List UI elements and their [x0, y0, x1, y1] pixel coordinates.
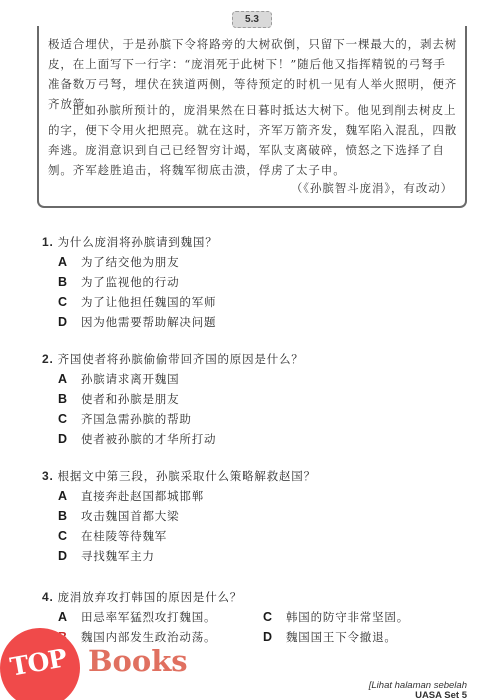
- option-letter: D: [58, 546, 81, 566]
- option-text: 韩国的防守非常坚固。: [286, 607, 409, 627]
- option-letter: A: [58, 486, 81, 506]
- option-letter: C: [58, 409, 81, 429]
- question-2: 2.齐国使者将孙膑偷偷带回齐国的原因是什么？ A孙膑请求离开魏国 B使者和孙膑是…: [42, 349, 482, 449]
- option-letter: D: [58, 429, 81, 449]
- options-grid: A田忌率军猛烈攻打魏国。 C韩国的防守非常坚固。 B魏国内部发生政治动荡。 D魏…: [42, 607, 482, 647]
- passage-paragraph-2: 正如孙膑所预计的，庞涓果然在日暮时抵达大树下。他见到削去树皮上的字，便下令用火把…: [48, 100, 458, 180]
- question-1: 1.为什么庞涓将孙膑请到魏国？ A为了结交他为朋友 B为了监视他的行动 C为了让…: [42, 232, 482, 332]
- option-text: 直接奔赴赵国都城邯郸: [81, 486, 204, 506]
- option-letter: B: [58, 272, 81, 292]
- option-letter: D: [263, 627, 286, 647]
- option-a[interactable]: A孙膑请求离开魏国: [58, 369, 482, 389]
- option-letter: A: [58, 369, 81, 389]
- question-4: 4.庞涓放弃攻打韩国的原因是什么？ A田忌率军猛烈攻打魏国。 C韩国的防守非常坚…: [42, 587, 482, 647]
- question-number: 4.: [42, 590, 54, 604]
- question-text: 为什么庞涓将孙膑请到魏国？: [58, 235, 218, 249]
- option-letter: A: [58, 607, 81, 627]
- option-a[interactable]: A为了结交他为朋友: [58, 252, 482, 272]
- option-text: 田忌率军猛烈攻打魏国。: [81, 607, 216, 627]
- option-a[interactable]: A田忌率军猛烈攻打魏国。: [58, 607, 247, 627]
- option-text: 在桂陵等待魏军: [81, 526, 167, 546]
- option-text: 使者和孙膑是朋友: [81, 389, 179, 409]
- option-c[interactable]: C韩国的防守非常坚固。: [263, 607, 452, 627]
- option-text: 寻找魏军主力: [81, 546, 155, 566]
- option-letter: C: [263, 607, 286, 627]
- question-text: 根据文中第三段，孙膑采取什么策略解救赵国？: [58, 469, 316, 483]
- option-b[interactable]: B攻击魏国首都大梁: [58, 506, 482, 526]
- question-stem: 1.为什么庞涓将孙膑请到魏国？: [42, 232, 482, 252]
- option-letter: D: [58, 312, 81, 332]
- passage-source: （《孙膑智斗庞涓》，有改动）: [291, 180, 453, 196]
- option-c[interactable]: C齐国急需孙膑的帮助: [58, 409, 482, 429]
- option-text: 使者被孙膑的才华所打动: [81, 429, 216, 449]
- question-stem: 2.齐国使者将孙膑偷偷带回齐国的原因是什么？: [42, 349, 482, 369]
- option-c[interactable]: C为了让他担任魏国的军师: [58, 292, 482, 312]
- option-letter: A: [58, 252, 81, 272]
- option-a[interactable]: A直接奔赴赵国都城邯郸: [58, 486, 482, 506]
- question-stem: 3.根据文中第三段，孙膑采取什么策略解救赵国？: [42, 466, 482, 486]
- option-text: 为了监视他的行动: [81, 272, 179, 292]
- option-c[interactable]: C在桂陵等待魏军: [58, 526, 482, 546]
- question-text: 齐国使者将孙膑偷偷带回齐国的原因是什么？: [58, 352, 304, 366]
- option-text: 齐国急需孙膑的帮助: [81, 409, 192, 429]
- question-stem: 4.庞涓放弃攻打韩国的原因是什么？: [42, 587, 482, 607]
- option-d[interactable]: D寻找魏军主力: [58, 546, 482, 566]
- watermark-logo-books-text: Books: [88, 644, 188, 678]
- option-letter: B: [58, 389, 81, 409]
- question-text: 庞涓放弃攻打韩国的原因是什么？: [58, 590, 243, 604]
- question-number: 1.: [42, 235, 54, 249]
- option-text: 攻击魏国首都大梁: [81, 506, 179, 526]
- option-b[interactable]: B为了监视他的行动: [58, 272, 482, 292]
- footer-set-label: UASA Set 5: [415, 690, 467, 700]
- option-letter: B: [58, 506, 81, 526]
- option-b[interactable]: B使者和孙膑是朋友: [58, 389, 482, 409]
- option-d[interactable]: D魏国国王下令撤退。: [263, 627, 452, 647]
- option-letter: C: [58, 292, 81, 312]
- option-d[interactable]: D因为他需要帮助解决问题: [58, 312, 482, 332]
- option-d[interactable]: D使者被孙膑的才华所打动: [58, 429, 482, 449]
- option-text: 为了让他担任魏国的军师: [81, 292, 216, 312]
- option-text: 因为他需要帮助解决问题: [81, 312, 216, 332]
- question-number: 3.: [42, 469, 54, 483]
- option-text: 魏国国王下令撤退。: [286, 627, 397, 647]
- option-letter: C: [58, 526, 81, 546]
- question-number: 2.: [42, 352, 54, 366]
- option-text: 孙膑请求离开魏国: [81, 369, 179, 389]
- option-text: 为了结交他为朋友: [81, 252, 179, 272]
- question-3: 3.根据文中第三段，孙膑采取什么策略解救赵国？ A直接奔赴赵国都城邯郸 B攻击魏…: [42, 466, 482, 566]
